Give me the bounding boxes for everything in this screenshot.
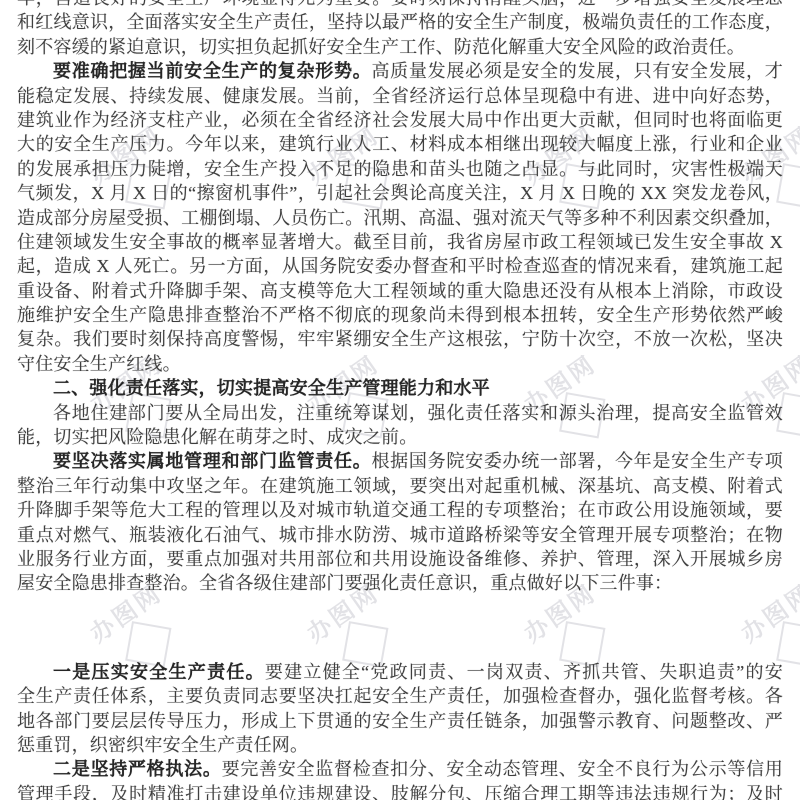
line-text: 屋安全隐患排查整治。全省各级住建部门要强化责任意识，重点做好以下三件事：: [17, 573, 672, 593]
line-text: 的发展承担压力陡增，安全生产投入不足的隐患和苗头也随之凸显。与此同时，灾害性极端…: [17, 159, 783, 179]
text-line: 全生产责任体系，主要负责同志要坚决扛起安全生产责任，加强检查督办，强化监督考核。…: [17, 684, 783, 708]
line-text: 刻不容缓的紧迫意识，切实担负起抓好安全生产工作、防范化解重大安全风险的政治责任。: [17, 37, 745, 57]
line-text: 造成部分房屋受损、工棚倒塌、人员伤亡。汛期、高温、强对流天气等多种不利因素交织叠…: [17, 208, 783, 228]
line-text: 和红线意识，全面落实安全生产责任，坚持以最严格的安全生产制度，极端负责任的工作态…: [17, 12, 783, 32]
line-text: 升降脚手架等危大工程的管理以及对城市轨道交通工程的专项整治；在市政公用设施领域，…: [17, 500, 783, 520]
bold-lead-text: 二、强化责任落实，切实提高安全生产管理能力和水平: [53, 378, 490, 398]
line-text: 复杂。我们要时刻保持高度警惕，牢牢紧绷安全生产这根弦，宁防十次空，不放一次松，坚…: [17, 329, 783, 349]
text-line: 能，切实把风险隐患化解在萌芽之时、成灾之前。: [17, 425, 783, 449]
line-text: 气频发，X 月 X 日的“擦窗机事件”，引起社会舆论高度关注，X 月 X 日晚的…: [17, 183, 783, 203]
line-text: 能稳定发展、持续发展、健康发展。当前，全省经济运行总体呈现稳中有进、进中向好态势…: [17, 86, 783, 106]
line-text: 惩重罚，织密织牢安全生产责任网。: [17, 735, 308, 755]
bold-lead-text: 一是压实安全生产责任。: [53, 662, 265, 682]
text-line: 惩重罚，织密织牢安全生产责任网。: [17, 733, 783, 757]
text-line: 起，造成 X 人死亡。另一方面，从国务院安委办督查和平时检查巡查的情况来看，建筑…: [17, 254, 783, 278]
line-text: 地各部门要层层传导压力，形成上下贯通的安全生产责任链条，加强警示教育、问题整改、…: [17, 711, 783, 731]
line-text: 重点对燃气、瓶装液化石油气、城市排水防涝、城市道路桥梁等安全管理开展专项整治；在…: [17, 525, 783, 545]
text-line: 二是坚持严格执法。要完善安全监督检查扣分、安全动态管理、安全不良行为公示等信用: [17, 757, 783, 781]
text-line: 一是压实安全生产责任。要建立健全“党政同责、一岗双责、齐抓共管、失职追责”的安: [17, 660, 783, 684]
line-text: 大的安全生产压力。今年以来，建筑行业人工、材料成本相继出现较大幅度上涨，行业和企…: [17, 134, 783, 154]
text-line: 各地住建部门要从全局出发，注重统筹谋划，强化责任落实和源头治理，提高安全监管效: [17, 401, 783, 425]
text-line: 重设备、附着式升降脚手架、高支模等危大工程领域的重大隐患还没有从根本上消除，市政…: [17, 279, 783, 303]
document-body: 年，营造良好的安全生产环境显得尤为重要。要时刻保持清醒头脑，进一步增强安全发展理…: [17, 0, 783, 800]
text-line: 的发展承担压力陡增，安全生产投入不足的隐患和苗头也随之凸显。与此同时，灾害性极端…: [17, 157, 783, 181]
line-text: 各地住建部门要从全局出发，注重统筹谋划，强化责任落实和源头治理，提高安全监管效: [53, 403, 783, 423]
line-text: 全生产责任体系，主要负责同志要坚决扛起安全生产责任，加强检查督办，强化监督考核。…: [17, 686, 783, 706]
line-text: 起，造成 X 人死亡。另一方面，从国务院安委办督查和平时检查巡查的情况来看，建筑…: [17, 256, 783, 276]
text-line: 守住安全生产红线。: [17, 352, 783, 376]
text-line: 年，营造良好的安全生产环境显得尤为重要。要时刻保持清醒头脑，进一步增强安全发展理…: [17, 0, 783, 10]
text-line: 建筑业作为经济支柱产业，必须在全省经济社会发展大局中作出更大贡献，但同时也将面临…: [17, 108, 783, 132]
line-text: 业服务行业方面，要重点加强对共用部位和共用设施设备维修、养护、管理，深入开展城乡…: [17, 549, 783, 569]
text-line: 要准确把握当前安全生产的复杂形势。高质量发展必须是安全的发展，只有安全发展，才: [17, 59, 783, 83]
text-line: 大的安全生产压力。今年以来，建筑行业人工、材料成本相继出现较大幅度上涨，行业和企…: [17, 132, 783, 156]
text-line: 升降脚手架等危大工程的管理以及对城市轨道交通工程的专项整治；在市政公用设施领域，…: [17, 498, 783, 522]
bold-lead-text: 要坚决落实属地管理和部门监管责任。: [53, 451, 371, 471]
line-text: 守住安全生产红线。: [17, 354, 181, 374]
text-line: 能稳定发展、持续发展、健康发展。当前，全省经济运行总体呈现稳中有进、进中向好态势…: [17, 84, 783, 108]
line-text: 整治三年行动集中攻坚之年。在建筑施工领域，要突出对起重机械、深基坑、高支模、附着…: [17, 476, 783, 496]
text-line: 管理手段，及时精准打击建设单位违规建设、肢解分包、压缩合理工期等违法违规行为；及…: [17, 782, 783, 800]
line-text: 年，营造良好的安全生产环境显得尤为重要。要时刻保持清醒头脑，进一步增强安全发展理…: [17, 0, 783, 8]
line-text: 能，切实把风险隐患化解在萌芽之时、成灾之前。: [17, 427, 417, 447]
bold-lead-text: 二是坚持严格执法。: [53, 759, 222, 779]
line-text: 要建立健全“党政同责、一岗双责、齐抓共管、失职追责”的安: [265, 662, 783, 682]
text-line: 要坚决落实属地管理和部门监管责任。根据国务院安委办统一部署，今年是安全生产专项: [17, 449, 783, 473]
text-line: 地各部门要层层传导压力，形成上下贯通的安全生产责任链条，加强警示教育、问题整改、…: [17, 709, 783, 733]
text-line: 和红线意识，全面落实安全生产责任，坚持以最严格的安全生产制度，极端负责任的工作态…: [17, 10, 783, 34]
text-line: 复杂。我们要时刻保持高度警惕，牢牢紧绷安全生产这根弦，宁防十次空，不放一次松，坚…: [17, 327, 783, 351]
text-line: 整治三年行动集中攻坚之年。在建筑施工领域，要突出对起重机械、深基坑、高支模、附着…: [17, 474, 783, 498]
text-line: 重点对燃气、瓶装液化石油气、城市排水防涝、城市道路桥梁等安全管理开展专项整治；在…: [17, 523, 783, 547]
line-text: 施维护安全生产隐患排查整治不严格不彻底的现象尚未得到根本扭转，安全生产形势依然严…: [17, 305, 783, 325]
line-text: 高质量发展必须是安全的发展，只有安全发展，才: [371, 61, 783, 81]
line-text: 根据国务院安委办统一部署，今年是安全生产专项: [371, 451, 783, 471]
text-line: 住建领域发生安全事故的概率显著增大。截至目前，我省房屋市政工程领域已发生安全事故…: [17, 230, 783, 254]
line-text: 重设备、附着式升降脚手架、高支模等危大工程领域的重大隐患还没有从根本上消除，市政…: [17, 281, 783, 301]
text-line: 二、强化责任落实，切实提高安全生产管理能力和水平: [17, 376, 783, 400]
text-line: 业服务行业方面，要重点加强对共用部位和共用设施设备维修、养护、管理，深入开展城乡…: [17, 547, 783, 571]
bold-lead-text: 要准确把握当前安全生产的复杂形势。: [53, 61, 371, 81]
text-line: 施维护安全生产隐患排查整治不严格不彻底的现象尚未得到根本扭转，安全生产形势依然严…: [17, 303, 783, 327]
line-text: 要完善安全监督检查扣分、安全动态管理、安全不良行为公示等信用: [222, 759, 783, 779]
text-line: 气频发，X 月 X 日的“擦窗机事件”，引起社会舆论高度关注，X 月 X 日晚的…: [17, 181, 783, 205]
text-line: 造成部分房屋受损、工棚倒塌、人员伤亡。汛期、高温、强对流天气等多种不利因素交织叠…: [17, 206, 783, 230]
text-line: 刻不容缓的紧迫意识，切实担负起抓好安全生产工作、防范化解重大安全风险的政治责任。: [17, 35, 783, 59]
line-text: 建筑业作为经济支柱产业，必须在全省经济社会发展大局中作出更大贡献，但同时也将面临…: [17, 110, 783, 130]
line-text: 管理手段，及时精准打击建设单位违规建设、肢解分包、压缩合理工期等违法违规行为；及…: [17, 784, 783, 800]
line-text: 住建领域发生安全事故的概率显著增大。截至目前，我省房屋市政工程领域已发生安全事故…: [17, 232, 783, 252]
text-line: 屋安全隐患排查整治。全省各级住建部门要强化责任意识，重点做好以下三件事：: [17, 571, 783, 595]
document-page: 办图网办图网办图网办图网办图网办图网办图网办图网办图网办图网办图网办图网办图网办…: [0, 0, 800, 800]
